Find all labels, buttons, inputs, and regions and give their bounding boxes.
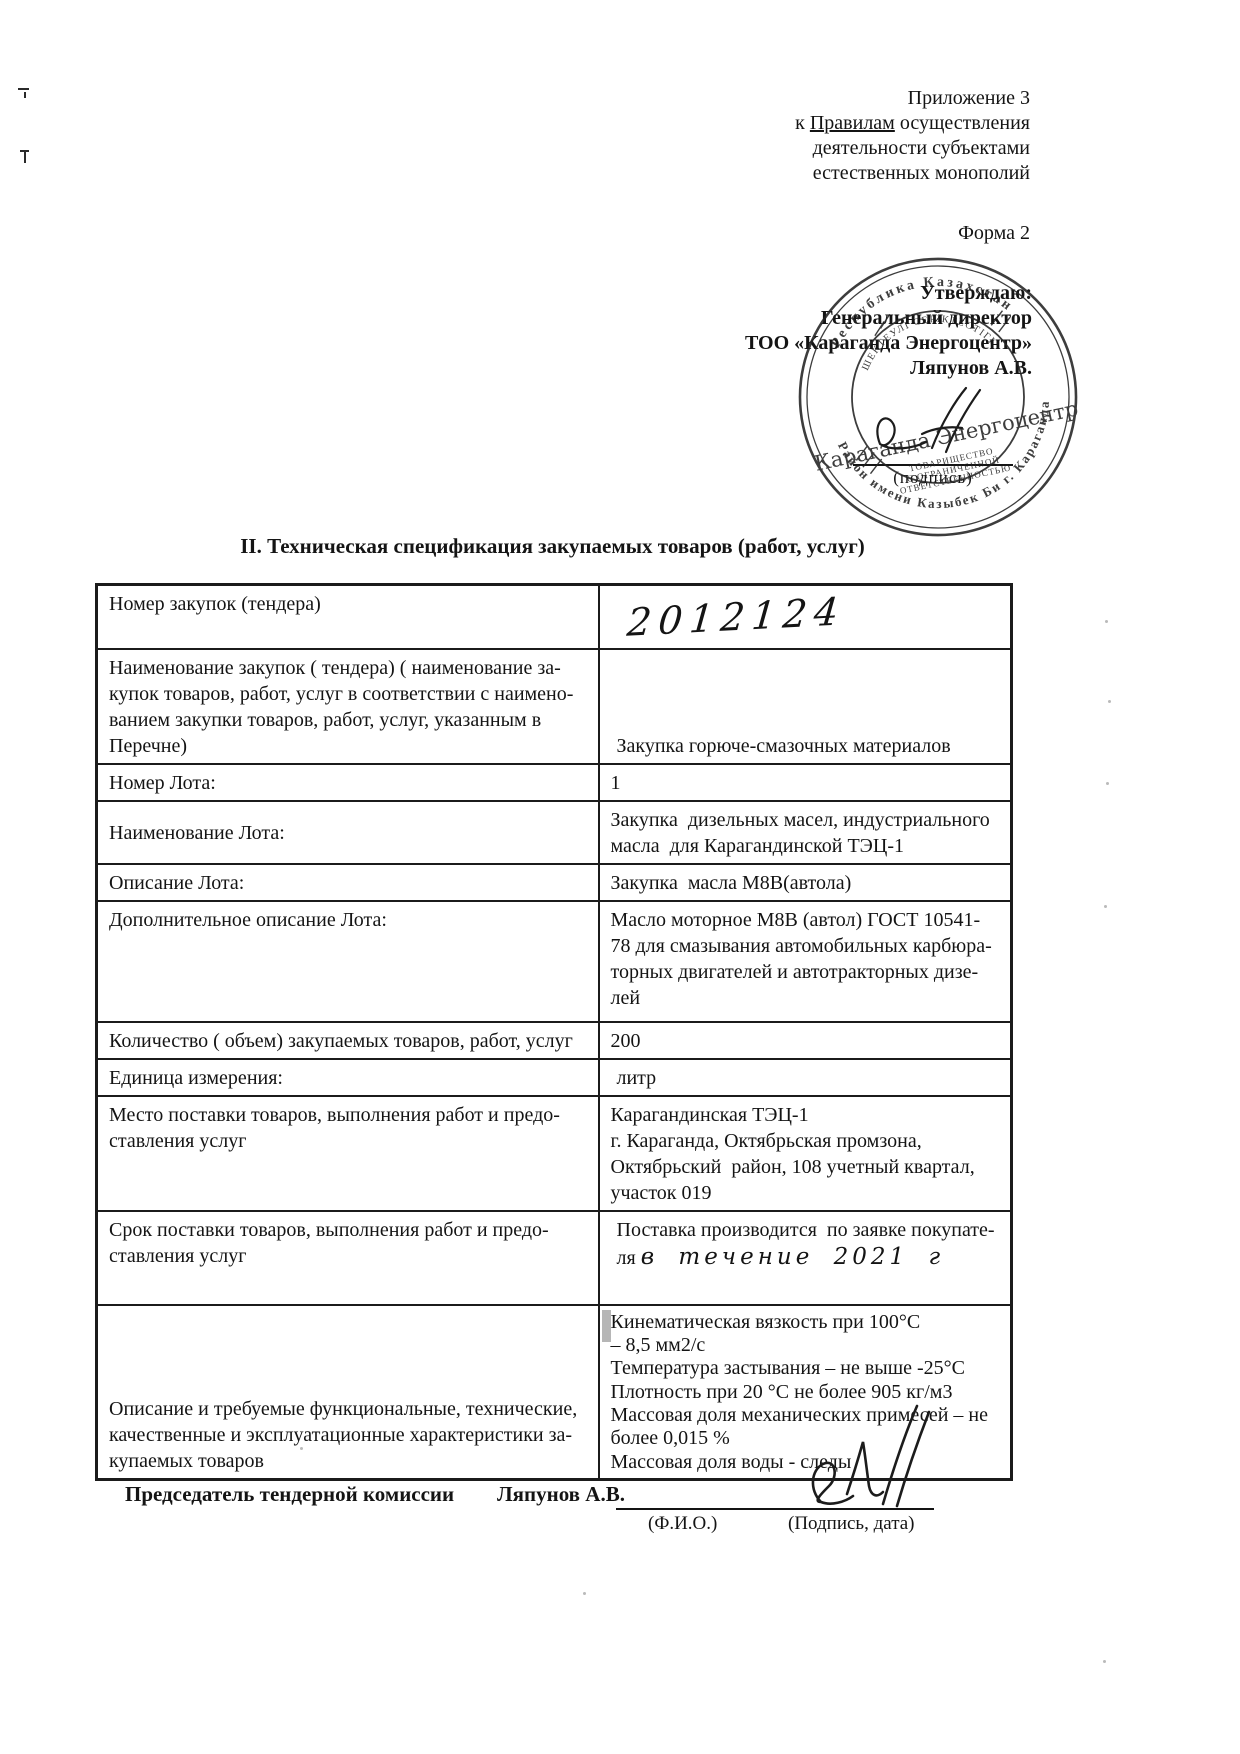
table-row: Номер Лота: 1: [97, 764, 1012, 801]
table-row: Срок поставки товаров, выполнения работ …: [97, 1211, 1012, 1305]
scan-smudge: [602, 1310, 611, 1342]
appendix-line: к Правилам осуществления: [795, 111, 1030, 136]
director-signature-stroke: [862, 382, 1012, 472]
row-tender-number-value: 2012124: [599, 585, 1012, 649]
signature-date-caption: (Подпись, дата): [788, 1513, 915, 1535]
row-lot-description-value: Закупка масла М8В(автола): [599, 864, 1012, 901]
table-row: Наименование Лота: Закупка дизельных мас…: [97, 801, 1012, 864]
committee-chair-name: Ляпунов А.В.: [497, 1482, 625, 1507]
table-row: Наименование закупок ( тендера) ( наимен…: [97, 649, 1012, 764]
appendix-block: Приложение 3 к Правилам осуществления де…: [795, 86, 1030, 186]
scan-noise: [1104, 905, 1107, 908]
table-row: Место поставки товаров, выполнения работ…: [97, 1096, 1012, 1211]
row-lot-number-value: 1: [599, 764, 1012, 801]
table-row: Описание Лота: Закупка масла М8В(автола): [97, 864, 1012, 901]
table-row: Единица измерения: литр: [97, 1059, 1012, 1096]
row-additional-description-value: Масло моторное М8В (автол) ГОСТ 10541- 7…: [599, 901, 1012, 1022]
row-lot-number-label: Номер Лота:: [97, 764, 599, 801]
document-title: II. Техническая спецификация закупаемых …: [95, 534, 1010, 559]
scan-noise: [1108, 700, 1111, 703]
row-lot-description-label: Описание Лота:: [97, 864, 599, 901]
appendix-text: осуществления: [895, 112, 1030, 134]
appendix-line: естественных монополий: [795, 161, 1030, 186]
row-characteristics-label: Описание и требуемые функциональные, тех…: [97, 1305, 599, 1480]
scan-noise: [24, 152, 26, 163]
row-unit-label: Единица измерения:: [97, 1059, 599, 1096]
row-lot-name-value: Закупка дизельных масел, индустриального…: [599, 801, 1012, 864]
row-quantity-value: 200: [599, 1022, 1012, 1059]
handwritten-delivery-term: в течение 2021 г: [641, 1244, 944, 1270]
row-tender-number-label: Номер закупок (тендера): [97, 585, 599, 649]
handwritten-tender-number: 2012124: [624, 587, 846, 648]
table-row: Количество ( объем) закупаемых товаров, …: [97, 1022, 1012, 1059]
committee-chair-label: Председатель тендерной комиссии: [125, 1482, 454, 1507]
row-delivery-place-value: Карагандинская ТЭЦ-1 г. Караганда, Октяб…: [599, 1096, 1012, 1211]
row-unit-value: литр: [599, 1059, 1012, 1096]
row-lot-name-label: Наименование Лота:: [97, 801, 599, 864]
chair-signature-stroke: [795, 1398, 935, 1513]
row-delivery-term-value: Поставка производится по заявке покупате…: [599, 1211, 1012, 1305]
row-additional-description-label: Дополнительное описание Лота:: [97, 901, 599, 1022]
appendix-text: к: [795, 112, 810, 134]
row-quantity-label: Количество ( объем) закупаемых товаров, …: [97, 1022, 599, 1059]
document-page: Приложение 3 к Правилам осуществления де…: [0, 0, 1240, 1754]
scan-noise: [583, 1592, 586, 1595]
fio-caption: (Ф.И.О.): [648, 1513, 717, 1535]
scan-noise: [1105, 620, 1108, 623]
table-row: Номер закупок (тендера) 2012124: [97, 585, 1012, 649]
row-purchase-name-value: Закупка горюче-смазочных материалов: [599, 649, 1012, 764]
scan-noise: [18, 88, 29, 90]
table-row: Дополнительное описание Лота: Масло мото…: [97, 901, 1012, 1022]
scan-noise: [24, 92, 26, 98]
appendix-line: деятельности субъектами: [795, 136, 1030, 161]
appendix-line: Приложение 3: [795, 86, 1030, 111]
specification-table: Номер закупок (тендера) 2012124 Наименов…: [95, 583, 1013, 1481]
row-purchase-name-label: Наименование закупок ( тендера) ( наимен…: [97, 649, 599, 764]
row-delivery-place-label: Место поставки товаров, выполнения работ…: [97, 1096, 599, 1211]
row-delivery-term-label: Срок поставки товаров, выполнения работ …: [97, 1211, 599, 1305]
scan-noise: [1106, 782, 1109, 785]
scan-noise: [1103, 1660, 1106, 1663]
rules-reference: Правилам: [810, 112, 895, 134]
